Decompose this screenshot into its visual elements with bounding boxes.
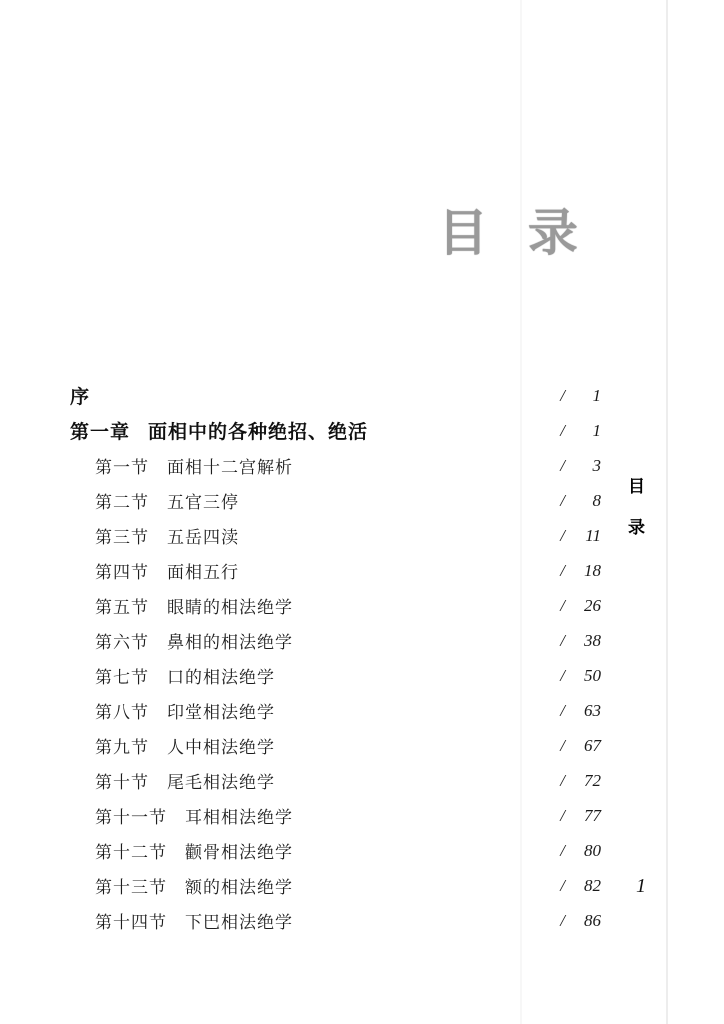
toc-entry: 第十一节 耳相相法绝学 /77 xyxy=(70,798,601,833)
toc-entry: 序 /1 xyxy=(70,378,601,413)
toc-entry-ref: /1 xyxy=(560,386,601,406)
toc-entry-ref: /26 xyxy=(560,596,601,616)
toc-entry-ref: /50 xyxy=(560,666,601,686)
toc-entry: 第六节 鼻相的相法绝学 /38 xyxy=(70,623,601,658)
toc-list: 序 /1 第一章 面相中的各种绝招、绝活 /1 第一节 面相十二宫解析 /3 第… xyxy=(70,378,601,938)
toc-entry-title: 眼睛的相法绝学 xyxy=(167,593,293,618)
margin-tab: 目 录 xyxy=(628,478,645,536)
toc-entry-page: 86 xyxy=(565,911,601,931)
toc-entry: 第九节 人中相法绝学 /67 xyxy=(70,728,601,763)
toc-entry-title: 序 xyxy=(70,382,90,409)
toc-entry: 第八节 印堂相法绝学 /63 xyxy=(70,693,601,728)
toc-entry-title: 五岳四渎 xyxy=(167,523,239,548)
page-title: 目 录 xyxy=(438,204,591,262)
toc-entry-page: 18 xyxy=(565,561,601,581)
toc-entry: 第十节 尾毛相法绝学 /72 xyxy=(70,763,601,798)
toc-entry-ref: /77 xyxy=(560,806,601,826)
toc-entry-title: 尾毛相法绝学 xyxy=(167,768,275,793)
toc-entry-page: 72 xyxy=(565,771,601,791)
toc-entry-title: 颧骨相法绝学 xyxy=(185,838,293,863)
toc-entry-ref: /18 xyxy=(560,561,601,581)
toc-entry-number: 第十节 xyxy=(95,768,149,793)
toc-entry-page: 80 xyxy=(565,841,601,861)
toc-entry: 第一章 面相中的各种绝招、绝活 /1 xyxy=(70,413,601,448)
toc-entry-number: 第九节 xyxy=(95,733,149,758)
toc-entry-number: 第七节 xyxy=(95,663,149,688)
toc-entry-ref: /8 xyxy=(560,491,601,511)
toc-entry-page: 38 xyxy=(565,631,601,651)
toc-entry-page: 77 xyxy=(565,806,601,826)
toc-entry: 第十四节 下巴相法绝学 /86 xyxy=(70,903,601,938)
toc-entry-page: 63 xyxy=(565,701,601,721)
toc-entry-ref: /80 xyxy=(560,841,601,861)
toc-entry-page: 82 xyxy=(565,876,601,896)
toc-entry-page: 1 xyxy=(565,386,601,406)
toc-entry-ref: /82 xyxy=(560,876,601,896)
toc-entry-page: 8 xyxy=(565,491,601,511)
toc-entry-ref: /1 xyxy=(560,421,601,441)
toc-entry-number: 第二节 xyxy=(95,488,149,513)
toc-entry-number: 第十四节 xyxy=(95,908,167,933)
toc-entry-page: 50 xyxy=(565,666,601,686)
toc-entry-number: 第五节 xyxy=(95,593,149,618)
book-page: 目 录 序 /1 第一章 面相中的各种绝招、绝活 /1 第一节 面相十二宫解析 … xyxy=(0,0,724,1024)
margin-tab-char: 目 xyxy=(628,478,645,495)
toc-entry: 第一节 面相十二宫解析 /3 xyxy=(70,448,601,483)
toc-entry-title: 鼻相的相法绝学 xyxy=(167,628,293,653)
toc-entry-ref: /63 xyxy=(560,701,601,721)
toc-entry-title: 下巴相法绝学 xyxy=(185,908,293,933)
toc-entry-title: 额的相法绝学 xyxy=(185,873,293,898)
page-number: 1 xyxy=(636,875,646,898)
toc-entry-page: 3 xyxy=(565,456,601,476)
toc-entry-number: 第十三节 xyxy=(95,873,167,898)
toc-entry-page: 67 xyxy=(565,736,601,756)
toc-entry-title: 人中相法绝学 xyxy=(167,733,275,758)
toc-entry-page: 11 xyxy=(565,526,601,546)
toc-entry-title: 印堂相法绝学 xyxy=(167,698,275,723)
toc-entry-title: 口的相法绝学 xyxy=(167,663,275,688)
toc-entry: 第四节 面相五行 /18 xyxy=(70,553,601,588)
toc-entry-title: 面相中的各种绝招、绝活 xyxy=(148,417,368,444)
toc-entry: 第二节 五官三停 /8 xyxy=(70,483,601,518)
toc-entry-number: 第十二节 xyxy=(95,838,167,863)
toc-entry: 第三节 五岳四渎 /11 xyxy=(70,518,601,553)
toc-entry: 第十三节 额的相法绝学 /82 xyxy=(70,868,601,903)
toc-entry-number: 第三节 xyxy=(95,523,149,548)
toc-entry-title: 面相十二宫解析 xyxy=(167,453,293,478)
margin-tab-char: 录 xyxy=(628,519,645,536)
toc-entry-page: 26 xyxy=(565,596,601,616)
toc-entry-number: 第八节 xyxy=(95,698,149,723)
toc-entry-ref: /86 xyxy=(560,911,601,931)
toc-entry-ref: /3 xyxy=(560,456,601,476)
toc-entry-number: 第一节 xyxy=(95,453,149,478)
toc-entry: 第五节 眼睛的相法绝学 /26 xyxy=(70,588,601,623)
toc-entry-number: 第一章 xyxy=(70,417,130,444)
toc-entry-title: 五官三停 xyxy=(167,488,239,513)
toc-entry: 第十二节 颧骨相法绝学 /80 xyxy=(70,833,601,868)
toc-entry-ref: /11 xyxy=(560,526,601,546)
toc-entry-ref: /67 xyxy=(560,736,601,756)
toc-entry-ref: /38 xyxy=(560,631,601,651)
scan-edge-line xyxy=(666,0,668,1024)
toc-entry-title: 面相五行 xyxy=(167,558,239,583)
toc-entry-ref: /72 xyxy=(560,771,601,791)
toc-entry-number: 第十一节 xyxy=(95,803,167,828)
toc-entry-page: 1 xyxy=(565,421,601,441)
toc-entry-title: 耳相相法绝学 xyxy=(185,803,293,828)
toc-entry: 第七节 口的相法绝学 /50 xyxy=(70,658,601,693)
toc-entry-number: 第四节 xyxy=(95,558,149,583)
toc-entry-number: 第六节 xyxy=(95,628,149,653)
